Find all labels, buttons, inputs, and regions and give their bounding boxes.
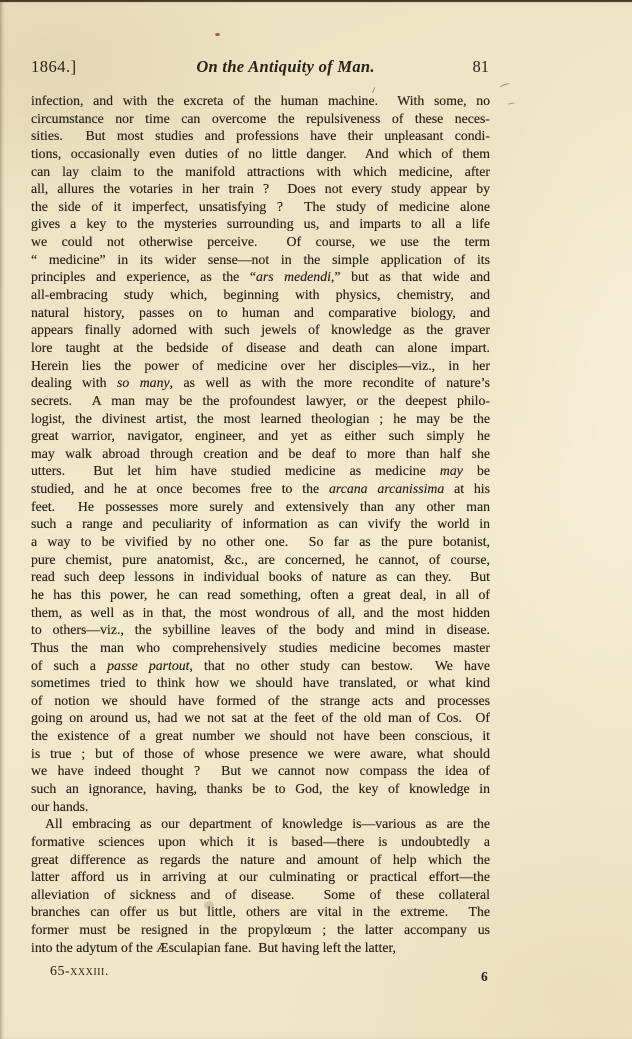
text-line: great warrior, navigator, engineer, and …: [31, 427, 490, 445]
text-line: tions, occasionally even duties of no li…: [31, 145, 490, 163]
text-line: circumstance nor time can overcome the r…: [31, 110, 490, 128]
text-line: he has this power, he can read something…: [31, 586, 490, 604]
text-line: Herein lies the power of medicine over h…: [31, 357, 490, 375]
page-footer: 65-xxxiii. 6: [0, 962, 632, 992]
text-line: the side of it imperfect, unsatisfying ?…: [31, 198, 490, 216]
text-line: latter afford us in arriving at our culm…: [31, 868, 490, 886]
header-year: 1864.]: [31, 57, 77, 77]
text-line: read such deep lessons in individual boo…: [31, 568, 490, 586]
ink-smudge: [204, 901, 214, 910]
text-line: Thus the man who comprehensively studies…: [31, 639, 490, 657]
text-line: such an ignorance, having, thanks be to …: [31, 780, 490, 798]
ink-smudge: [499, 82, 511, 91]
text-line: can lay claim to the manifold attraction…: [31, 163, 490, 181]
text-line: such a range and peculiarity of informat…: [31, 515, 490, 533]
text-line: secrets. A man may be the profoundest la…: [31, 392, 490, 410]
text-line: dealing with so many, as well as with th…: [31, 374, 490, 392]
text-line: all-embracing study which, beginning wit…: [31, 286, 490, 304]
text-line: them, as well as in that, the most wondr…: [31, 604, 490, 622]
text-line: we have indeed thought ? But we cannot n…: [31, 762, 490, 780]
text-line: the existence of a great number we shoul…: [31, 727, 490, 745]
text-line: gives a key to the mysteries surrounding…: [31, 215, 490, 233]
sheet-number: 6: [481, 969, 488, 985]
text-line: utters. But let him have studied medicin…: [31, 462, 490, 480]
text-line: appears finally adorned with such jewels…: [31, 321, 490, 339]
text-line: principles and experience, as the “ars m…: [31, 268, 490, 286]
text-line: into the adytum of the Æsculapian fane. …: [31, 939, 490, 957]
text-line: may walk abroad through creation and be …: [31, 445, 490, 463]
text-line: lore taught at the bedside of disease an…: [31, 339, 490, 357]
text-line: natural history, passes on to human and …: [31, 304, 490, 322]
text-line: logist, the divinest artist, the most le…: [31, 410, 490, 428]
ink-smudge: [508, 98, 515, 105]
text-line: pure chemist, pure anatomist, &c., are c…: [31, 551, 490, 569]
text-line: studied, and he at once becomes free to …: [31, 480, 490, 498]
text-line: all, allures the votaries in her train ?…: [31, 180, 490, 198]
text-line: of notion we should have formed of the s…: [31, 692, 490, 710]
text-line: of such a passe partout, that no other s…: [31, 657, 490, 675]
text-line: to others—viz., the sybilline leaves of …: [31, 621, 490, 639]
page-number: 81: [473, 57, 490, 77]
text-line: going on around us, had we not sat at th…: [31, 709, 490, 727]
page-header: 1864.] On the Antiquity of Man. 81: [31, 57, 489, 77]
text-line: infection, and with the excreta of the h…: [31, 92, 490, 110]
text-line: great difference as regards the nature a…: [31, 851, 490, 869]
text-line: former must be resigned in the propylœum…: [31, 921, 490, 939]
text-line: sometimes tried to think how we should h…: [31, 674, 490, 692]
text-line: is true ; but of those of whose presence…: [31, 745, 490, 763]
text-line: feet. He possesses more surely and exten…: [31, 498, 490, 516]
running-title: On the Antiquity of Man.: [77, 57, 473, 77]
text-line: our hands.: [31, 798, 490, 816]
text-line: alleviation of sickness and of disease. …: [31, 886, 490, 904]
page-body: infection, and with the excreta of the h…: [31, 92, 490, 956]
text-line: “ medicine” in its wider sense—not in th…: [31, 251, 490, 269]
text-line: All embracing as our department of knowl…: [31, 815, 490, 833]
ink-speck: [215, 33, 220, 36]
text-line: branches can offer us but little, others…: [31, 903, 490, 921]
text-line: a way to be vivified by no other one. So…: [31, 533, 490, 551]
text-line: formative sciences upon which it is base…: [31, 833, 490, 851]
signature-mark: 65-xxxiii.: [50, 964, 109, 980]
scanned-book-page: 1864.] On the Antiquity of Man. 81 infec…: [0, 0, 632, 1039]
text-line: we could not otherwise perceive. Of cour…: [31, 233, 490, 251]
text-line: sities. But most studies and professions…: [31, 127, 490, 145]
